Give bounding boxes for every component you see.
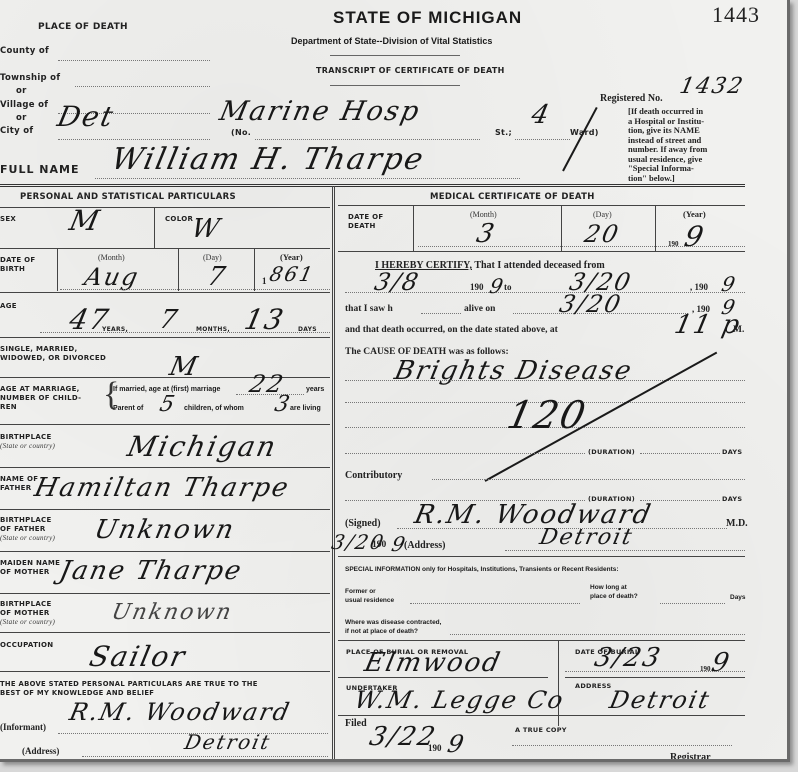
- dod-label: DATE OFDEATH: [348, 213, 384, 231]
- full-name-value: William H. Tharpe: [108, 142, 428, 177]
- birth-month-value: Aug: [82, 263, 142, 291]
- filed-year-prefix: 190: [428, 743, 442, 753]
- divider: [0, 292, 330, 293]
- burial-year: 9: [709, 648, 734, 678]
- death-day-value: 20: [582, 220, 622, 248]
- how-long-field: [660, 603, 725, 604]
- personal-section-title: PERSONAL AND STATISTICAL PARTICULARS: [20, 193, 236, 202]
- duration-days-label: DAYS: [722, 448, 742, 457]
- birth-year-label: (Year): [280, 252, 303, 262]
- age-field: [40, 332, 330, 333]
- village-label: Village of: [0, 101, 48, 110]
- informant-address-field: [82, 756, 328, 757]
- city-value: Det: [54, 100, 117, 133]
- contributory-field: [432, 479, 745, 480]
- divider: [0, 207, 330, 208]
- dod-field: [418, 246, 745, 247]
- divider: [338, 251, 745, 252]
- attestation-text: THE ABOVE STATED PERSONAL PARTICULARS AR…: [0, 680, 258, 698]
- ward-value: 4: [529, 100, 554, 130]
- divider: [0, 632, 330, 633]
- cause-of-death-value: Brights Disease: [392, 356, 636, 386]
- occurred-text: and that death occurred, on the date sta…: [345, 325, 558, 335]
- street-suffix-label: St.;: [495, 128, 512, 137]
- dob-label: DATE OFBIRTH: [0, 256, 36, 274]
- signed-label: (Signed): [345, 518, 381, 529]
- death-year-label: (Year): [683, 209, 706, 219]
- cause-field-1: [345, 380, 745, 381]
- marriage-children-label: AGE AT MARRIAGE,NUMBER OF CHILD-REN: [0, 385, 81, 412]
- county-label: County of: [0, 47, 49, 56]
- father-name-label: NAME OFFATHER: [0, 475, 38, 493]
- divider: [0, 424, 330, 425]
- former-residence-label: Former orusual residence: [345, 587, 394, 605]
- place-of-death-title: PLACE OF DEATH: [38, 23, 128, 32]
- undertaker-value: W.M. Legge Co: [352, 686, 567, 714]
- full-name-label: FULL NAME: [0, 165, 79, 174]
- duration-label: (DURATION): [588, 448, 635, 457]
- how-long-label: How long atplace of death?: [590, 583, 638, 601]
- father-name-value: Hamiltan Tharpe: [32, 473, 293, 503]
- sex-value: M: [66, 204, 104, 237]
- filed-year: 9: [445, 730, 468, 758]
- divider: [0, 671, 330, 672]
- full-name-field: [95, 178, 520, 179]
- death-day-label: (Day): [593, 210, 612, 219]
- divider: [413, 206, 414, 251]
- divider: [254, 249, 255, 291]
- physician-address-label: (Address): [404, 540, 445, 551]
- divider: [338, 556, 745, 557]
- or-label: or: [16, 87, 27, 96]
- burial-date-field: [565, 671, 745, 672]
- married-age-field: [236, 394, 304, 395]
- street-value: Marine Hosp: [217, 96, 424, 127]
- divider: [0, 248, 330, 249]
- death-certificate-document: PLACE OF DEATH STATE OF MICHIGAN Departm…: [0, 0, 790, 762]
- children-count-value: 5: [157, 392, 178, 417]
- living-label: are living: [290, 405, 321, 412]
- birth-year-prefix: 1: [262, 276, 267, 286]
- married-age-unit: years: [306, 386, 324, 393]
- township-field: [75, 86, 210, 87]
- registrar-signature-field: [512, 745, 732, 746]
- death-month-label: (Month): [470, 210, 497, 219]
- contributory-label: Contributory: [345, 470, 402, 481]
- divider: [57, 249, 58, 291]
- color-label: COLOR: [165, 215, 193, 224]
- birth-day-label: (Day): [203, 253, 222, 262]
- signed-year-prefix: 190: [372, 540, 386, 550]
- alive-on-value: 3/20: [557, 290, 625, 318]
- mother-name-label: MAIDEN NAMEOF MOTHER: [0, 559, 60, 577]
- alive-on-label: alive on: [464, 304, 495, 314]
- birth-day-value: 7: [205, 262, 230, 292]
- divider: [330, 85, 460, 86]
- informant-value: R.M. Woodward: [67, 698, 293, 726]
- divider: [0, 551, 330, 552]
- undertaker-address-label: ADDRESS: [575, 682, 611, 691]
- or-label: or: [16, 114, 27, 123]
- duration-field: [345, 453, 585, 454]
- informant-address-value: Detroit: [182, 730, 273, 754]
- city-label: City of: [0, 127, 33, 136]
- medical-section-title: MEDICAL CERTIFICATE OF DEATH: [430, 193, 595, 202]
- divider: [0, 509, 330, 510]
- state-title: STATE OF MICHIGAN: [333, 8, 522, 28]
- md-label: M.D.: [726, 518, 748, 529]
- column-divider: [332, 186, 335, 762]
- duration-days-field: [640, 453, 720, 454]
- father-birthplace-label: BIRTHPLACEOF FATHER(State or country): [0, 516, 55, 543]
- mother-name-value: Jane Tharpe: [57, 556, 246, 586]
- department-subtitle: Department of State--Division of Vital S…: [291, 36, 492, 46]
- children-label: children, of whom: [184, 405, 244, 412]
- registrar-label: Registrar: [670, 752, 711, 762]
- township-label: Township of: [0, 74, 60, 83]
- disease-contracted-label: Where was disease contracted,if not at p…: [345, 618, 441, 636]
- divider: [0, 467, 330, 468]
- occupation-value: Sailor: [86, 640, 189, 673]
- divider: [338, 640, 745, 641]
- occupation-label: OCCUPATION: [0, 641, 53, 650]
- age-months-value: 7: [157, 305, 182, 335]
- divider: [0, 337, 330, 338]
- birth-year-value: 861: [267, 262, 316, 286]
- dob-field: [60, 289, 330, 290]
- pronoun-field: [421, 313, 461, 314]
- divider: [0, 593, 330, 594]
- physician-address-field: [505, 550, 745, 551]
- informant-label: (Informant): [0, 722, 46, 732]
- informant-address-label: (Address): [22, 746, 59, 756]
- to-label: to: [504, 282, 512, 292]
- parent-of-label: Parent of: [113, 405, 143, 412]
- days-label-2: DAYS: [722, 495, 742, 504]
- divider: [154, 208, 155, 248]
- mother-birthplace-label: BIRTHPLACEOF MOTHER(State or country): [0, 600, 55, 627]
- marital-status-label: SINGLE, MARRIED,WIDOWED, OR DIVORCED: [0, 345, 106, 363]
- divider: [330, 55, 460, 56]
- burial-place-value: Elmwood: [362, 648, 505, 678]
- divider: [178, 249, 179, 291]
- sex-label: SEX: [0, 215, 16, 224]
- physician-address-value: Detroit: [537, 525, 635, 550]
- hospital-instructions: [If death occurred in a Hospital or Inst…: [628, 107, 740, 183]
- city-field: [58, 139, 210, 140]
- how-long-days-label: Days: [730, 594, 746, 601]
- age-label: AGE: [0, 302, 17, 311]
- former-residence-field: [410, 603, 580, 604]
- birthplace-label: BIRTHPLACE(State or country): [0, 433, 55, 451]
- color-value: W: [189, 214, 224, 244]
- attended-from-value: 3/8: [372, 268, 423, 296]
- divider: [655, 206, 656, 251]
- disease-contracted-field: [450, 634, 745, 635]
- attended-to-year-prefix: , 190: [690, 282, 708, 292]
- filed-label: Filed: [345, 718, 367, 729]
- burial-date-value: 3/23: [592, 643, 665, 673]
- attended-from-year-prefix: 190: [470, 282, 484, 292]
- form-title: TRANSCRIPT OF CERTIFICATE OF DEATH: [316, 66, 505, 75]
- death-month-value: 3: [474, 219, 499, 249]
- divider: [338, 715, 745, 716]
- birthplace-value: Michigan: [124, 430, 280, 463]
- registered-no-value: 1432: [677, 74, 746, 99]
- special-info-title: SPECIAL INFORMATION only for Hospitals, …: [345, 566, 619, 573]
- divider: [338, 677, 548, 678]
- mother-birthplace-value: Unknown: [109, 600, 235, 625]
- undertaker-address-value: Detroit: [607, 686, 713, 714]
- divider: [0, 184, 745, 187]
- divider: [565, 677, 745, 678]
- page-number: 1443: [712, 2, 760, 28]
- street-no-label: (No.: [231, 128, 251, 137]
- father-birthplace-value: Unknown: [92, 515, 238, 545]
- street-field: [255, 139, 480, 140]
- time-suffix: M.: [733, 325, 744, 335]
- ward-field: [515, 139, 570, 140]
- true-copy-label: A TRUE COPY: [515, 726, 567, 735]
- death-year-value: 9: [681, 220, 708, 253]
- birth-month-label: (Month): [98, 253, 125, 262]
- saw-label: that I saw h: [345, 304, 393, 314]
- divider: [338, 205, 745, 206]
- county-field: [58, 60, 210, 61]
- divider: [561, 206, 562, 251]
- registered-no-label: Registered No.: [600, 93, 663, 104]
